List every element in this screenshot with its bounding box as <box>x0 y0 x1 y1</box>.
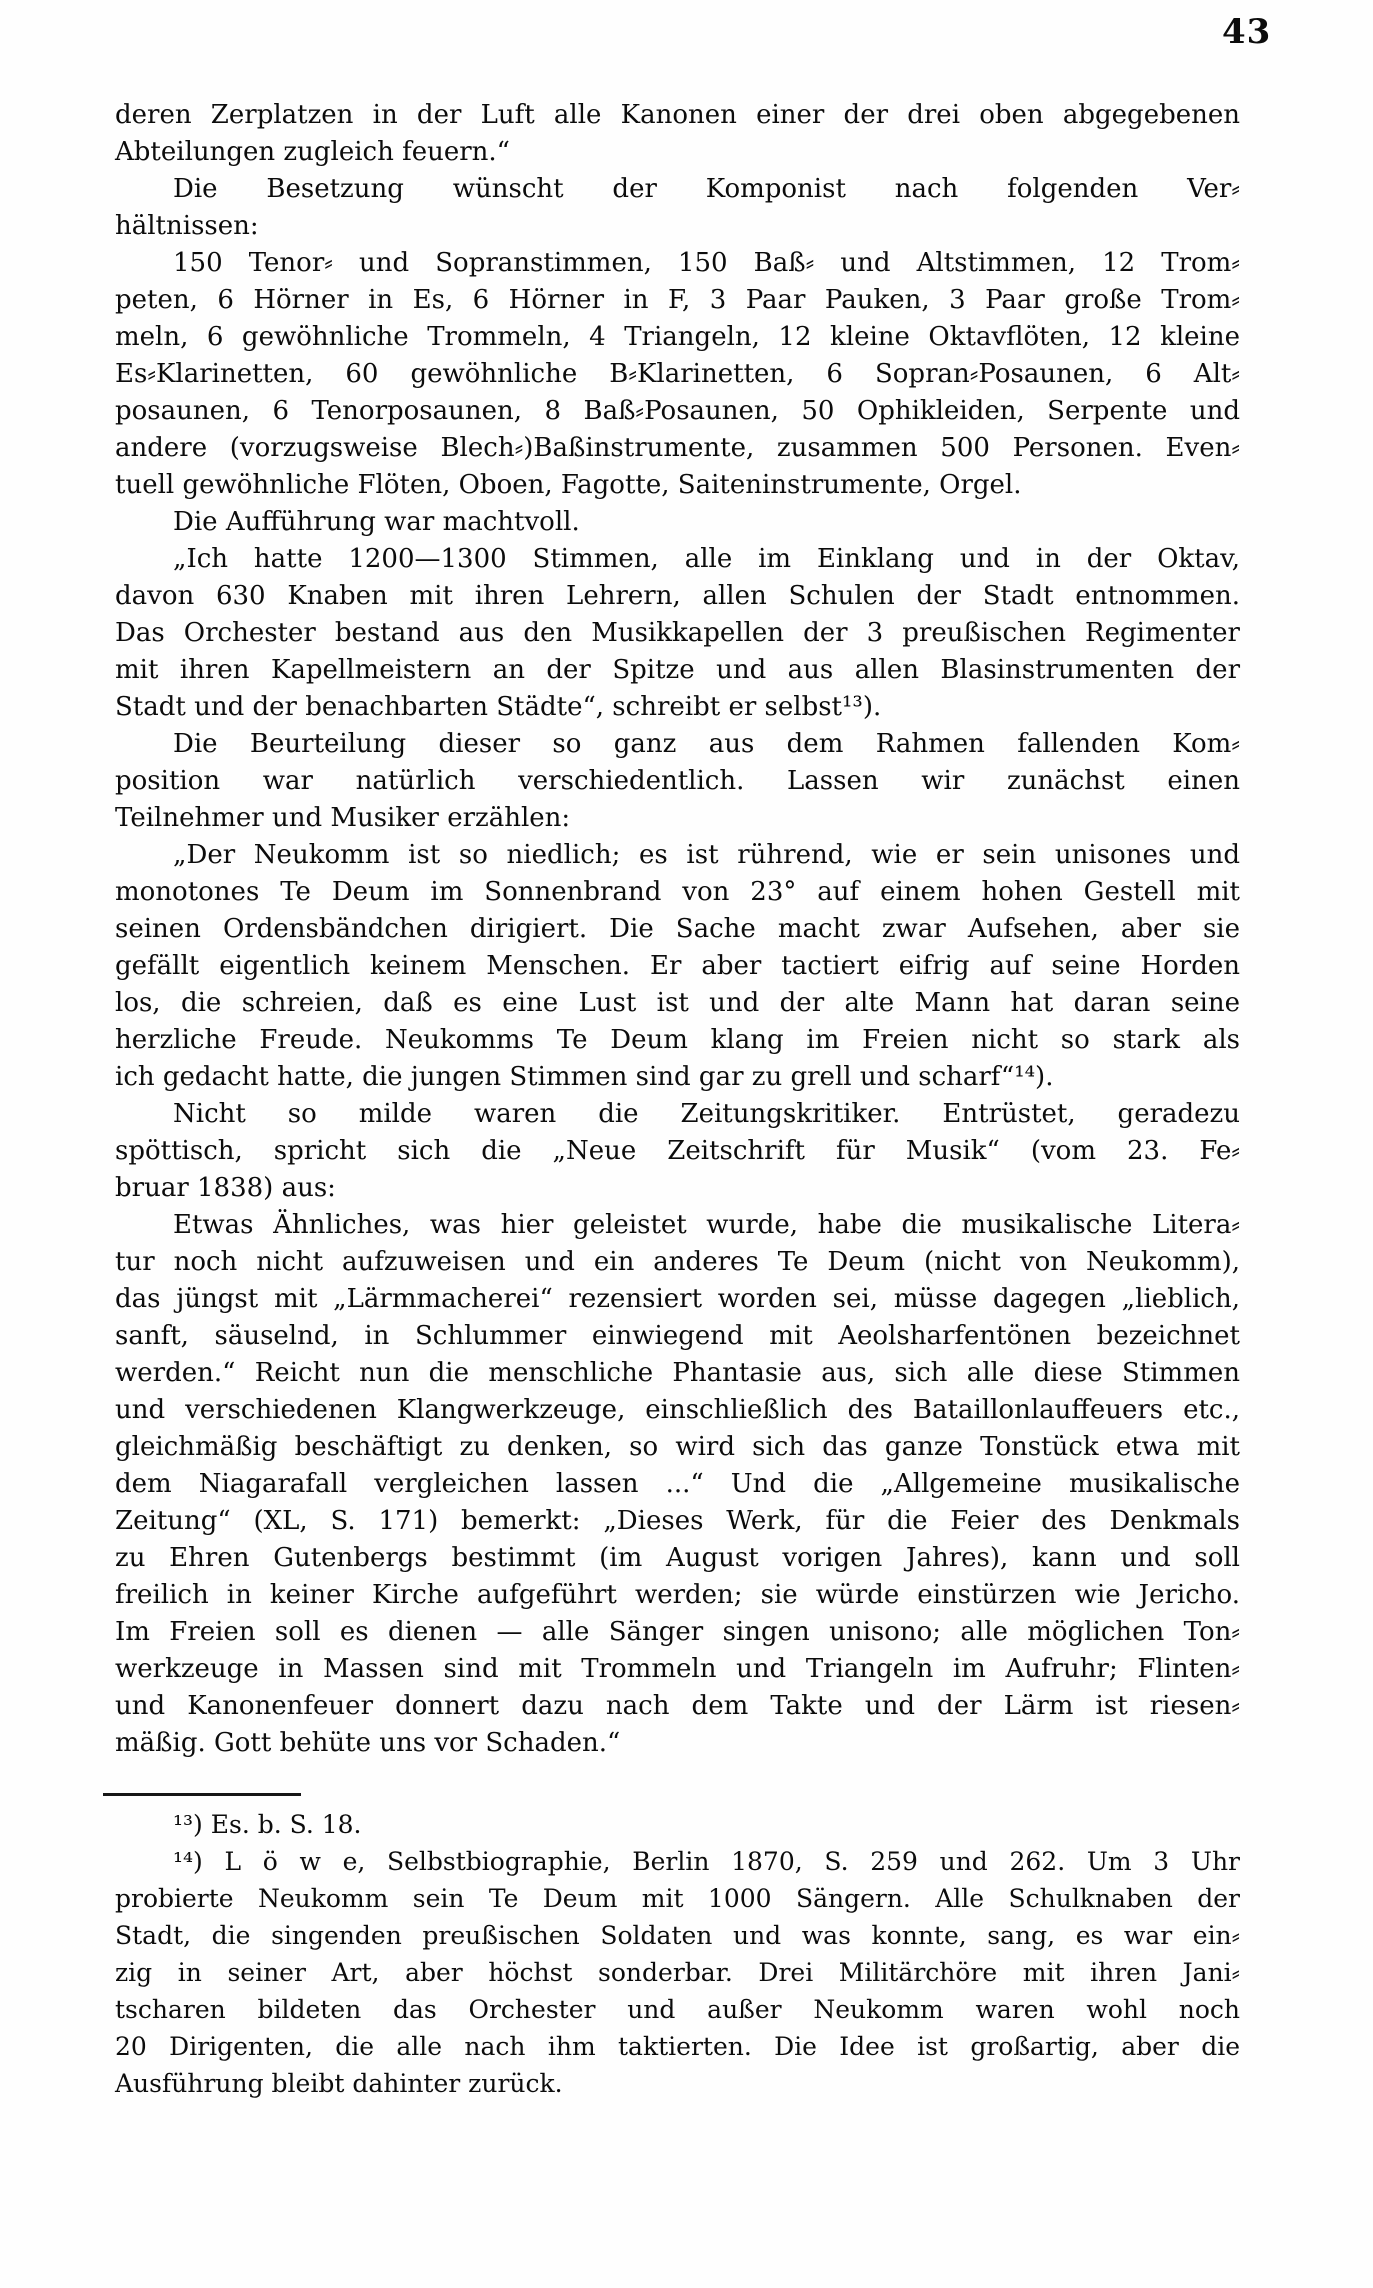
text-line: 150 Tenor⸗ und Sopranstimmen, 150 Baß⸗ u… <box>115 245 1240 282</box>
text-line: das jüngst mit „Lärmmacherei“ rezensiert… <box>115 1281 1240 1318</box>
text-line: herzliche Freude. Neukomms Te Deum klang… <box>115 1022 1240 1059</box>
text-line: Das Orchester bestand aus den Musikkapel… <box>115 615 1240 652</box>
text-line: freilich in keiner Kirche aufgeführt wer… <box>115 1577 1240 1614</box>
text-line: Nicht so milde waren die Zeitungskritike… <box>115 1096 1240 1133</box>
text-line: mäßig. Gott behüte uns vor Schaden.“ <box>115 1725 1240 1762</box>
text-line: Abteilungen zugleich feuern.“ <box>115 134 1240 171</box>
text-line: seinen Ordensbändchen dirigiert. Die Sac… <box>115 911 1240 948</box>
book-page: 43 deren Zerplatzen in der Luft alle Kan… <box>0 0 1373 2288</box>
text-line: monotones Te Deum im Sonnenbrand von 23°… <box>115 874 1240 911</box>
footnotes: ¹³) Es. b. S. 18.¹⁴) L ö w e, Selbstbiog… <box>115 1806 1240 2102</box>
text-line: gleichmäßig beschäftigt zu denken, so wi… <box>115 1429 1240 1466</box>
text-line: hältnissen: <box>115 208 1240 245</box>
text-line: deren Zerplatzen in der Luft alle Kanone… <box>115 97 1240 134</box>
text-line: Im Freien soll es dienen — alle Sänger s… <box>115 1614 1240 1651</box>
text-line: andere (vorzugsweise Blech⸗)Baßinstrumen… <box>115 430 1240 467</box>
text-line: zig in seiner Art, aber höchst sonderbar… <box>115 1954 1240 1991</box>
text-line: ¹³) Es. b. S. 18. <box>115 1806 1240 1843</box>
text-line: „Ich hatte 1200—1300 Stimmen, alle im Ei… <box>115 541 1240 578</box>
text-line: zu Ehren Gutenbergs bestimmt (im August … <box>115 1540 1240 1577</box>
text-line: ich gedacht hatte, die jungen Stimmen si… <box>115 1059 1240 1096</box>
text-line: Teilnehmer und Musiker erzählen: <box>115 800 1240 837</box>
text-line: Stadt und der benachbarten Städte“, schr… <box>115 689 1240 726</box>
text-line: sanft, säuselnd, in Schlummer einwiegend… <box>115 1318 1240 1355</box>
text-line: position war natürlich verschiedentlich.… <box>115 763 1240 800</box>
text-line: meln, 6 gewöhnliche Trommeln, 4 Triangel… <box>115 319 1240 356</box>
text-line: gefällt eigentlich keinem Menschen. Er a… <box>115 948 1240 985</box>
text-line: und verschiedenen Klangwerkzeuge, einsch… <box>115 1392 1240 1429</box>
text-line: Die Beurteilung dieser so ganz aus dem R… <box>115 726 1240 763</box>
page-number: 43 <box>1222 12 1271 52</box>
text-line: Stadt, die singenden preußischen Soldate… <box>115 1917 1240 1954</box>
text-line: und Kanonenfeuer donnert dazu nach dem T… <box>115 1688 1240 1725</box>
text-line: bruar 1838) aus: <box>115 1170 1240 1207</box>
text-line: mit ihren Kapellmeistern an der Spitze u… <box>115 652 1240 689</box>
text-line: tscharen bildeten das Orchester und auße… <box>115 1991 1240 2028</box>
text-line: Etwas Ähnliches, was hier geleistet wurd… <box>115 1207 1240 1244</box>
text-line: 20 Dirigenten, die alle nach ihm taktier… <box>115 2028 1240 2065</box>
text-line: probierte Neukomm sein Te Deum mit 1000 … <box>115 1880 1240 1917</box>
text-line: Die Aufführung war machtvoll. <box>115 504 1240 541</box>
text-line: tur noch nicht aufzuweisen und ein ander… <box>115 1244 1240 1281</box>
text-line: ¹⁴) L ö w e, Selbstbiographie, Berlin 18… <box>115 1843 1240 1880</box>
text-line: posaunen, 6 Tenorposaunen, 8 Baß⸗Posaune… <box>115 393 1240 430</box>
body-text: deren Zerplatzen in der Luft alle Kanone… <box>115 97 1240 1762</box>
text-line: Zeitung“ (XL, S. 171) bemerkt: „Dieses W… <box>115 1503 1240 1540</box>
text-line: los, die schreien, daß es eine Lust ist … <box>115 985 1240 1022</box>
text-line: Es⸗Klarinetten, 60 gewöhnliche B⸗Klarine… <box>115 356 1240 393</box>
text-line: Die Besetzung wünscht der Komponist nach… <box>115 171 1240 208</box>
text-line: Ausführung bleibt dahinter zurück. <box>115 2065 1240 2102</box>
text-line: dem Niagarafall vergleichen lassen ...“ … <box>115 1466 1240 1503</box>
text-line: spöttisch, spricht sich die „Neue Zeitsc… <box>115 1133 1240 1170</box>
text-line: peten, 6 Hörner in Es, 6 Hörner in F, 3 … <box>115 282 1240 319</box>
text-line: werkzeuge in Massen sind mit Trommeln un… <box>115 1651 1240 1688</box>
text-line: davon 630 Knaben mit ihren Lehrern, alle… <box>115 578 1240 615</box>
text-line: „Der Neukomm ist so niedlich; es ist rüh… <box>115 837 1240 874</box>
text-line: tuell gewöhnliche Flöten, Oboen, Fagotte… <box>115 467 1240 504</box>
text-line: werden.“ Reicht nun die menschliche Phan… <box>115 1355 1240 1392</box>
footnote-separator <box>103 1793 301 1796</box>
